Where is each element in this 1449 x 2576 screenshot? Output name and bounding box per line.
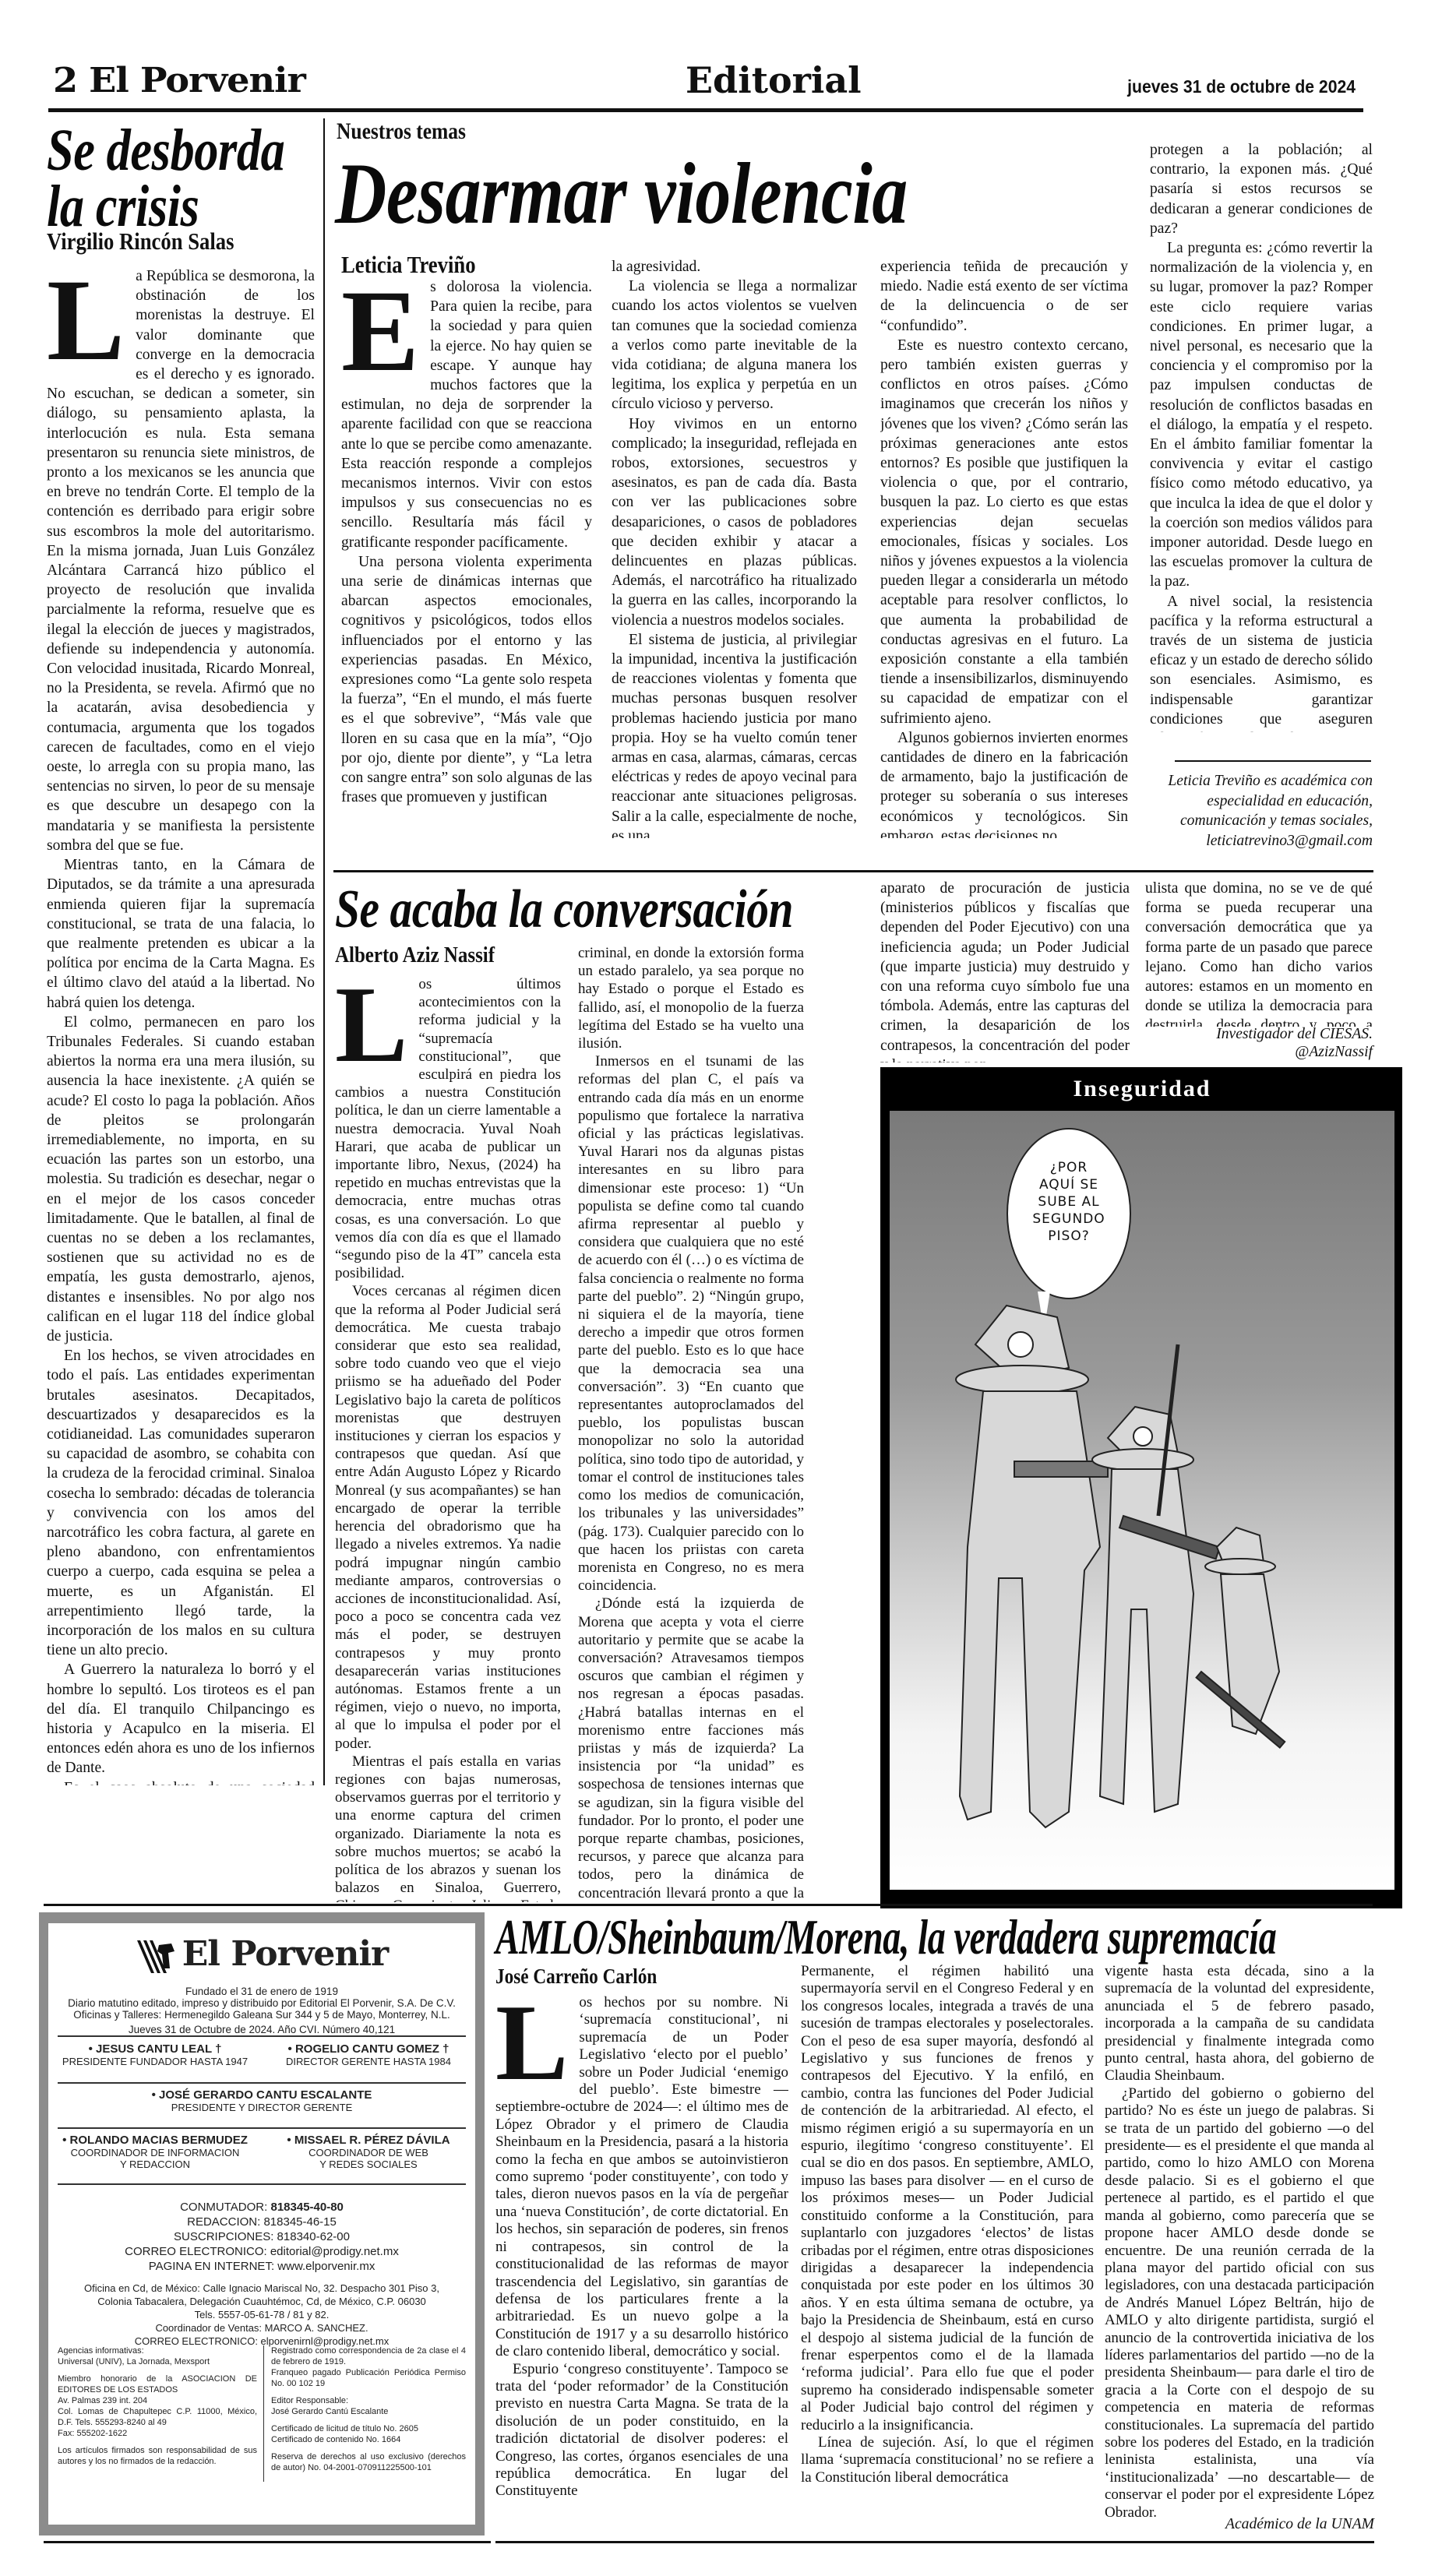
staff-role: PRESIDENTE FUNDADOR HASTA 1947 (48, 2056, 262, 2067)
note-line: Fax: 555202-1622 (58, 2428, 257, 2439)
masthead-staff-box: El Porvenir Fundado el 31 de enero de 19… (39, 1912, 485, 2535)
staff-role: Y REDES SOCIALES (262, 2158, 475, 2170)
article-author: Virgilio Rincón Salas (47, 227, 234, 255)
contact-info: CONMUTADOR: 818345-40-80 REDACCION: 8183… (48, 2200, 475, 2274)
paragraph: Es el caos absoluto de una sociedad petr… (47, 1778, 315, 1785)
author-signature: Investigador del CIESAS. @AzizNassif (1145, 1025, 1373, 1061)
paragraph: El sistema de justicia, al privilegiar l… (612, 630, 857, 838)
issue-date: jueves 31 de octubre de 2024 (1004, 76, 1356, 97)
website-link[interactable]: PAGINA EN INTERNET: www.elporvenir.mx (48, 2259, 475, 2274)
page-number-masthead: 2 El Porvenir (53, 61, 305, 100)
paragraph: ¿Dónde está la izquierda de Morena que a… (578, 1595, 804, 1904)
cdmx-office-info: Oficina en Cd, de México: Calle Ignacio … (48, 2282, 475, 2348)
section-rule (44, 1904, 1373, 1906)
staff-divider (58, 2127, 466, 2129)
article-body: L a República se desmorona, la obstinaci… (47, 266, 315, 1785)
note-line: José Gerardo Cantú Escalante (271, 2406, 466, 2417)
note-line: Miembro honorario de la ASOCIACION DE ED… (58, 2373, 257, 2395)
masthead-rule (48, 108, 1363, 112)
article-title: Desarmar violencia (335, 144, 908, 245)
staff-role: Y REDACCION (48, 2158, 262, 2170)
switchboard-line: CONMUTADOR: 818345-40-80 (48, 2200, 475, 2215)
office-phone-line: Tels. 5557-05-61-78 / 81 y 82. (48, 2308, 475, 2321)
note-line: Av. Palmas 239 int. 204 (58, 2395, 257, 2406)
bio-rule (1175, 760, 1371, 762)
switchboard-label: CONMUTADOR: (180, 2201, 270, 2214)
article-column-1: L os últimos acontecimientos con la refo… (335, 975, 561, 1902)
paragraph: ulista que domina, no se ve de qué forma… (1145, 879, 1373, 1027)
article-column-3: experiencia teñida de precaución y miedo… (880, 257, 1128, 838)
paragraph: criminal, en donde la extorsión forma un… (578, 944, 804, 1052)
cartoon-title: Inseguridad (890, 1067, 1394, 1111)
newspaper-logo: El Porvenir (48, 1934, 475, 1976)
note-line: Franqueo pagado Publicación Periódica Pe… (271, 2367, 466, 2389)
article-author: Leticia Treviño (341, 251, 476, 279)
article-column-1: E s dolorosa la violencia. Para quien la… (341, 277, 592, 838)
staff-name: • JESUS CANTU LEAL † (48, 2042, 262, 2056)
founded-line: Fundado el 31 de enero de 1919 (48, 1986, 475, 1997)
paragraph: Línea de sujeción. Así, lo que el régime… (801, 2434, 1094, 2486)
paragraph: Mientras tanto, en la Cámara de Diputado… (47, 855, 315, 1013)
note-line: Editor Responsable: (271, 2395, 466, 2406)
cartoon-illustration: ¿POR AQUÍ SE SUBE AL SEGUNDO PISO? (890, 1111, 1394, 1890)
paragraph: la agresividad. (612, 257, 857, 277)
armed-gunmen-drawing-icon (890, 1111, 1394, 1890)
staff-name: • ROGELIO CANTU GOMEZ † (262, 2042, 475, 2056)
author-signature: Académico de la UNAM (1105, 2516, 1374, 2533)
staff-notes-right: Registrado como correspondencia de 2a cl… (271, 2345, 466, 2473)
staff-role: DIRECTOR GERENTE HASTA 1984 (262, 2056, 475, 2067)
logo-text: El Porvenir (182, 1934, 388, 1974)
staff-role: COORDINADOR DE INFORMACION (48, 2147, 262, 2158)
article-column-1: L os hechos por su nombre. Ni ‘supremací… (495, 1994, 788, 2539)
staff-box-bottom-rule (44, 2541, 491, 2543)
staff-box-inner: El Porvenir Fundado el 31 de enero de 19… (48, 1923, 475, 2525)
paragraph: A Guerrero la naturaleza lo borró y el h… (47, 1660, 315, 1778)
switchboard-number: 818345-40-80 (270, 2201, 343, 2214)
article-title: Se acaba la conversación (335, 879, 793, 941)
paragraph: ¿Partido del gobierno o gobierno del par… (1105, 2085, 1374, 2520)
paragraph: protegen a la población; al contrario, l… (1150, 140, 1373, 238)
staff-divider (58, 2082, 466, 2084)
publisher-line: Diario matutino editado, impreso y distr… (48, 1997, 475, 2009)
paragraph: Espurio ‘congreso constituyente’. Tampoc… (495, 2361, 788, 2500)
staff-notes-left: Agencias informativas: Universal (UNIV),… (58, 2345, 257, 2467)
article-column-4: protegen a la población; al contrario, l… (1150, 140, 1373, 732)
article-column-2: criminal, en donde la extorsión forma un… (578, 944, 804, 1904)
note-line: Agencias informativas: (58, 2345, 257, 2356)
drop-cap: L (335, 980, 407, 1067)
staff-name: • ROLANDO MACIAS BERMUDEZ (48, 2134, 262, 2147)
paragraph: A nivel social, la resistencia pacífica … (1150, 592, 1373, 732)
staff-role: COORDINADOR DE WEB (262, 2147, 475, 2158)
staff-person: • MISSAEL R. PÉREZ DÁVILA COORDINADOR DE… (262, 2134, 475, 2170)
author-affiliation: Investigador del CIESAS. (1145, 1025, 1373, 1043)
bio-line: especialidad en educación, (1150, 791, 1373, 812)
section-kicker: Nuestros temas (337, 118, 466, 145)
article-column-4: ulista que domina, no se ve de qué forma… (1145, 879, 1373, 1027)
subscriptions-phone: SUSCRIPCIONES: 818340-62-00 (48, 2229, 475, 2244)
bio-line: Leticia Treviño es académica con (1150, 771, 1373, 791)
article-author: Alberto Aziz Nassif (335, 943, 495, 968)
author-email: leticiatrevino3@gmail.com (1150, 831, 1373, 851)
paragraph: Hoy vivimos en un entorno complicado; la… (612, 414, 857, 630)
note-line: Certificado de contenido No. 1664 (271, 2434, 466, 2445)
article-column-3: vigente hasta esta década, sino a la sup… (1105, 1963, 1374, 2520)
paragraph: El colmo, permanecen en paro los Tribuna… (47, 1013, 315, 1346)
note-line: Los artículos firmados son responsabilid… (58, 2445, 257, 2467)
paragraph: experiencia teñida de precaución y miedo… (880, 257, 1128, 336)
note-line: Certificado de licitud de título No. 260… (271, 2423, 466, 2434)
paragraph: aparato de procuración de justicia (mini… (880, 879, 1130, 1062)
bio-line: comunicación y temas sociales, (1150, 811, 1373, 831)
office-address-line: Oficina en Cd, de México: Calle Ignacio … (48, 2282, 475, 2295)
paragraph: Mientras el país estalla en varias regio… (335, 1753, 561, 1902)
office-address-line: Colonia Tabacalera, Delegación Cuauhtémo… (48, 2295, 475, 2308)
paragraph: En los hechos, se viven atrocidades en t… (47, 1346, 315, 1660)
paragraph: Voces cercanas al régimen dicen que la r… (335, 1282, 561, 1752)
staff-role: PRESIDENTE Y DIRECTOR GERENTE (48, 2102, 475, 2113)
section-title: Editorial (686, 59, 862, 101)
paragraph: La pregunta es: ¿cómo revertir la normal… (1150, 238, 1373, 592)
offices-line: Oficinas y Talleres: Hermenegildo Galean… (48, 2009, 475, 2021)
paragraph: Inmersos en el tsunami de las reformas d… (578, 1052, 804, 1595)
paragraph: Este es nuestro contexto cercano, pero t… (880, 336, 1128, 728)
article-column-2: Permanente, el régimen habilitó una supe… (801, 1963, 1094, 2539)
editorial-cartoon: Inseguridad ¿POR AQUÍ SE SUBE AL SEGUNDO… (880, 1067, 1402, 1908)
issue-number-line: Jueves 31 de Octubre de 2024. Año CVI. N… (48, 2024, 475, 2035)
drop-cap: E (341, 282, 419, 377)
staff-person: • ROLANDO MACIAS BERMUDEZ COORDINADOR DE… (48, 2134, 262, 2170)
article-author: José Carreño Carlón (495, 1965, 657, 1989)
paragraph: Algunos gobiernos invierten enormes cant… (880, 728, 1128, 838)
staff-person: • JESUS CANTU LEAL † PRESIDENTE FUNDADOR… (48, 2042, 262, 2067)
drop-cap: L (47, 271, 125, 366)
staff-name: • MISSAEL R. PÉREZ DÁVILA (262, 2134, 475, 2147)
note-line: Universal (UNIV), La Jornada, Mexsport (58, 2356, 257, 2367)
paragraph: vigente hasta esta década, sino a la sup… (1105, 1963, 1374, 2085)
drop-cap: L (495, 1999, 568, 2084)
author-bio: Leticia Treviño es académica con especia… (1150, 771, 1373, 851)
staff-person: • ROGELIO CANTU GOMEZ † DIRECTOR GERENTE… (262, 2042, 475, 2067)
staff-divider (58, 2183, 466, 2185)
paragraph: La violencia se llega a normalizar cuand… (612, 277, 857, 414)
note-line: Reserva de derechos al uso exclusivo (de… (271, 2451, 466, 2473)
article-column-2: la agresividad. La violencia se llega a … (612, 257, 857, 838)
paragraph: Permanente, el régimen habilitó una supe… (801, 1963, 1094, 2434)
page-bottom-rule (495, 2541, 1374, 2543)
contact-email[interactable]: CORREO ELECTRONICO: editorial@prodigy.ne… (48, 2244, 475, 2259)
author-handle: @AzizNassif (1145, 1043, 1373, 1061)
sales-coordinator-line: Coordinador de Ventas: MARCO A. SANCHEZ. (48, 2321, 475, 2335)
column-divider (323, 118, 325, 1785)
note-line: Registrado como correspondencia de 2a cl… (271, 2345, 466, 2367)
staff-divider (58, 2035, 466, 2037)
horse-logo-icon (136, 1937, 176, 1976)
staff-person: • JOSÉ GERARDO CANTU ESCALANTE PRESIDENT… (48, 2088, 475, 2113)
article-column-3: aparato de procuración de justicia (mini… (880, 879, 1130, 1062)
staff-name: • JOSÉ GERARDO CANTU ESCALANTE (48, 2088, 475, 2102)
publication-info: Fundado el 31 de enero de 1919 Diario ma… (48, 1986, 475, 2035)
newsroom-phone: REDACCION: 818345-46-15 (48, 2215, 475, 2229)
staff-notes-divider (263, 2345, 264, 2482)
article-title: AMLO/Sheinbaum/Morena, la verdadera supr… (495, 1908, 1276, 1966)
section-rule (333, 870, 1373, 872)
note-line: Col. Lomas de Chapultepec C.P. 11000, Mé… (58, 2406, 257, 2428)
paragraph: Una persona violenta experimenta una ser… (341, 552, 592, 808)
